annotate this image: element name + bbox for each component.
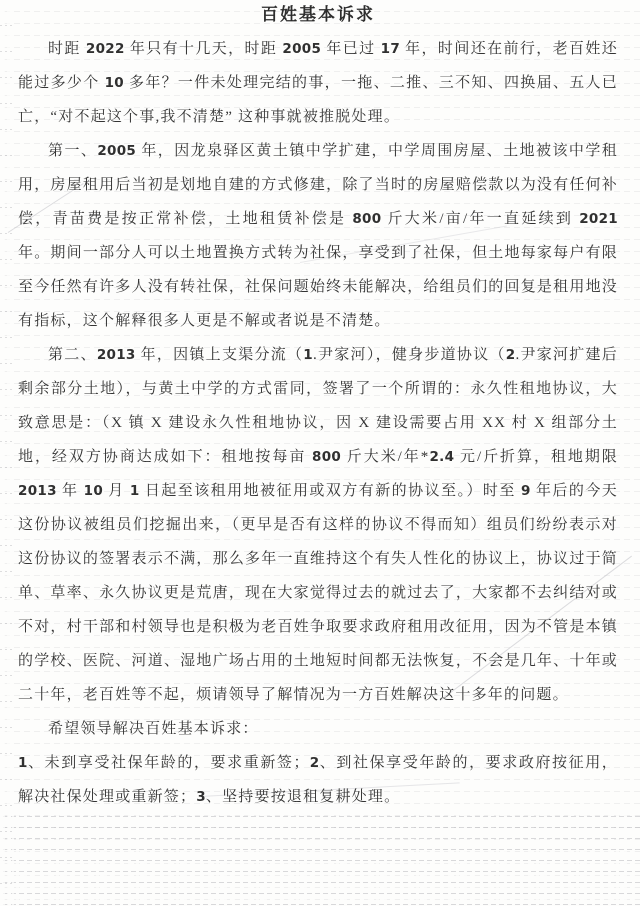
paragraph-intro: 时距 2022 年只有十几天，时距 2005 年已过 17 年，时间还在前行，老… <box>18 32 618 134</box>
scan-noise-bottom-lines <box>0 806 640 906</box>
document-title: 百姓基本诉求 <box>18 2 618 28</box>
document-body: 百姓基本诉求 时距 2022 年只有十几天，时距 2005 年已过 17 年，时… <box>0 0 640 814</box>
paragraph-appeal-header: 希望领导解决百姓基本诉求： <box>18 712 618 746</box>
paragraph-first-issue: 第一、2005 年，因龙泉驿区黄土镇中学扩建，中学周围房屋、土地被该中学租用，房… <box>18 134 618 338</box>
scanned-document-page: 百姓基本诉求 时距 2022 年只有十几天，时距 2005 年已过 17 年，时… <box>0 0 640 906</box>
paragraph-second-issue: 第二、2013 年，因镇上支渠分流（1.尹家河），健身步道协议（2.尹家河扩建后… <box>18 338 618 712</box>
paragraph-demands: 1、未到享受社保年龄的，要求重新签；2、到社保享受年龄的，要求政府按征用，解决社… <box>18 746 618 814</box>
